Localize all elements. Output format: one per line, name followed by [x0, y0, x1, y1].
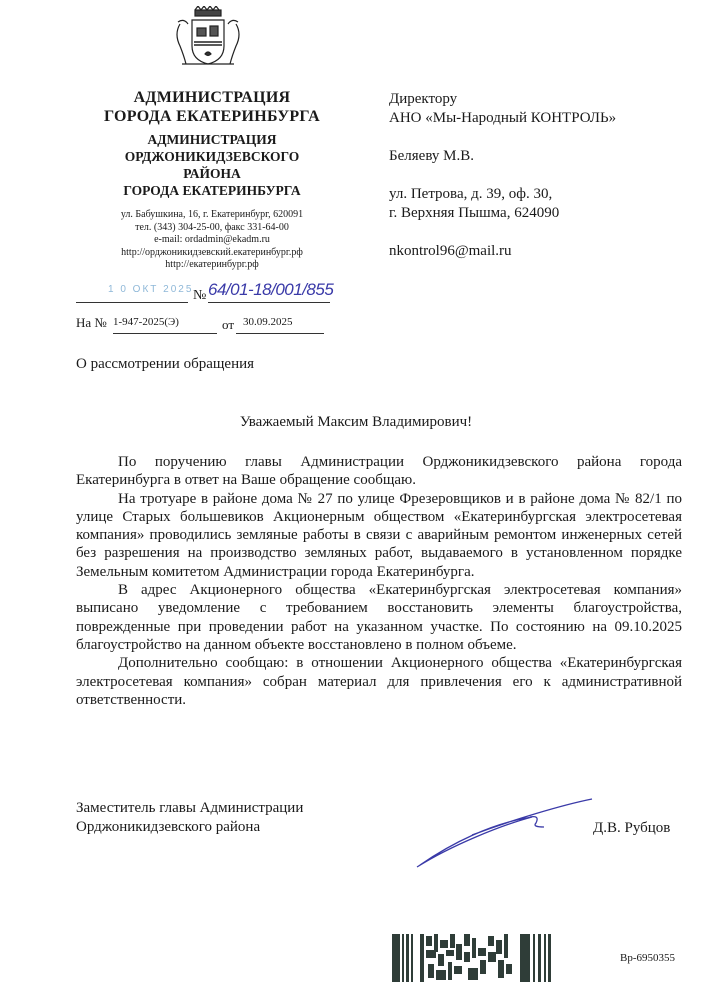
sub-org-line2: ОРДЖОНИКИДЗЕВСКОГО [78, 148, 346, 165]
coat-of-arms-icon [168, 6, 248, 70]
org-line1: АДМИНИСТРАЦИЯ [78, 88, 346, 107]
in-reply-number: 1-947-2025(Э) [113, 316, 179, 328]
org-site-city: http://екатеринбург.рф [78, 259, 346, 272]
signatory-name: Д.В. Рубцов [593, 820, 670, 837]
signatory-position: Заместитель главы Администрации Орджоник… [76, 799, 303, 837]
in-reply-date-underline [236, 333, 324, 334]
reg-number-underline [208, 302, 330, 303]
body-paragraph: На тротуаре в районе дома № 27 по улице … [76, 490, 682, 581]
sub-org-title: АДМИНИСТРАЦИЯ ОРДЖОНИКИДЗЕВСКОГО РАЙОНА … [78, 131, 346, 199]
pdf417-barcode-icon [392, 934, 560, 982]
sub-org-line4: ГОРОДА ЕКАТЕРИНБУРГА [78, 182, 346, 199]
signatory-position-line2: Орджоникидзевского района [76, 818, 303, 837]
addressee-position: Директору [389, 90, 616, 109]
addressee-name: Беляеву М.В. [389, 147, 616, 166]
org-phone: тел. (343) 304-25-00, факс 331-64-00 [78, 222, 346, 235]
org-contacts: ул. Бабушкина, 16, г. Екатеринбург, 6200… [78, 209, 346, 272]
letter-body: По поручению главы Администрации Орджони… [76, 453, 682, 709]
body-paragraph: Дополнительно сообщаю: в отношении Акцио… [76, 654, 682, 709]
in-reply-date: 30.09.2025 [243, 316, 293, 328]
org-email: e-mail: ordadmin@ekadm.ru [78, 234, 346, 247]
greeting: Уважаемый Максим Владимирович! [0, 414, 712, 431]
addressee-org: АНО «Мы-Народный КОНТРОЛЬ» [389, 109, 616, 128]
org-site-district: http://орджоникидзевский.екатеринбург.рф [78, 247, 346, 260]
signatory-position-line1: Заместитель главы Администрации [76, 799, 303, 818]
registration-date-stamp: 1 0 ОКТ 2025 [108, 284, 193, 295]
in-reply-from-label: от [222, 317, 234, 333]
sub-org-line3: РАЙОНА [78, 165, 346, 182]
addressee-street: ул. Петрова, д. 39, оф. 30, [389, 185, 616, 204]
org-line2: ГОРОДА ЕКАТЕРИНБУРГА [78, 107, 346, 126]
addressee-block: Директору АНО «Мы-Народный КОНТРОЛЬ» Бел… [389, 90, 616, 261]
body-paragraph: По поручению главы Администрации Орджони… [76, 453, 682, 490]
date-underline [76, 302, 188, 303]
letter-subject: О рассмотрении обращения [76, 356, 254, 373]
sub-org-line1: АДМИНИСТРАЦИЯ [78, 131, 346, 148]
addressee-email: nkontrol96@mail.ru [389, 242, 616, 261]
body-paragraph: В адрес Акционерного общества «Екатеринб… [76, 581, 682, 654]
in-reply-number-underline [113, 333, 217, 334]
org-title: АДМИНИСТРАЦИЯ ГОРОДА ЕКАТЕРИНБУРГА [78, 88, 346, 126]
org-address: ул. Бабушкина, 16, г. Екатеринбург, 6200… [78, 209, 346, 222]
document-id: Вр-6950355 [620, 952, 675, 964]
reg-number-label: № [193, 288, 206, 304]
addressee-city: г. Верхняя Пышма, 624090 [389, 204, 616, 223]
reg-number-handwritten: 64/01-18/001/855 [208, 280, 333, 300]
handwritten-signature-icon [412, 795, 597, 870]
in-reply-label: На № [76, 315, 107, 331]
